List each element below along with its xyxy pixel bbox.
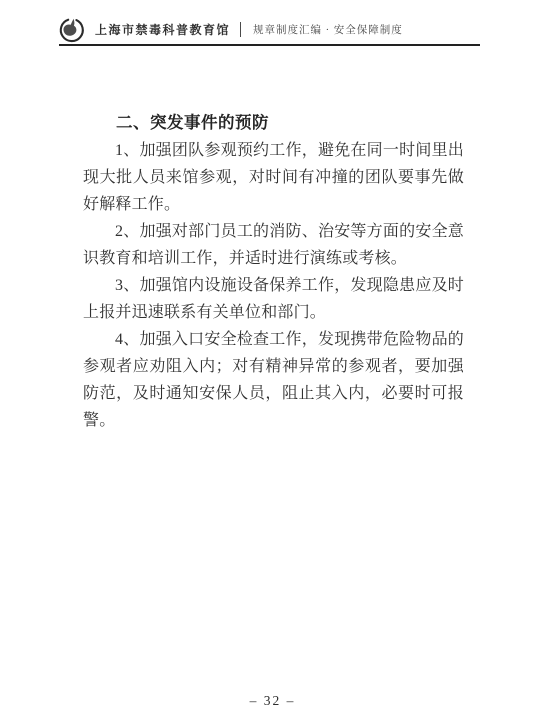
- header-site-name: 上海市禁毒科普教育馆: [95, 21, 230, 38]
- document-page: 上海市禁毒科普教育馆 规章制度汇编 · 安全保障制度 二、突发事件的预防 1、加…: [0, 0, 545, 727]
- museum-logo-icon: [58, 15, 86, 43]
- paragraph-3: 3、加强馆内设施设备保养工作，发现隐患应及时上报并迅速联系有关单位和部门。: [83, 272, 464, 326]
- page-footer: – 32 –: [0, 692, 545, 710]
- header-divider: [240, 22, 241, 37]
- paragraph-2: 2、加强对部门员工的消防、治安等方面的安全意识教育和培训工作，并适时进行演练或考…: [83, 218, 464, 272]
- header-rule: [59, 44, 480, 46]
- page-header: 上海市禁毒科普教育馆 规章制度汇编 · 安全保障制度: [58, 14, 490, 44]
- document-body: 二、突发事件的预防 1、加强团队参观预约工作，避免在同一时间里出现大批人员来馆参…: [83, 110, 464, 434]
- section-heading: 二、突发事件的预防: [83, 110, 464, 137]
- page-number: – 32 –: [250, 693, 296, 708]
- header-subtitle: 规章制度汇编 · 安全保障制度: [253, 22, 403, 37]
- paragraph-1: 1、加强团队参观预约工作，避免在同一时间里出现大批人员来馆参观，对时间有冲撞的团…: [83, 137, 464, 218]
- paragraph-4: 4、加强入口安全检查工作，发现携带危险物品的参观者应劝阻入内；对有精神异常的参观…: [83, 326, 464, 434]
